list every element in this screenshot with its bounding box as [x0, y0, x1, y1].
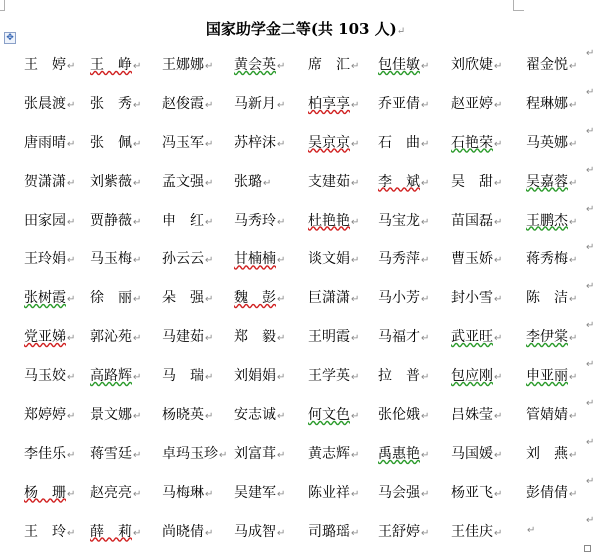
name-text: 王娜娜 — [162, 57, 204, 73]
name-cell[interactable]: 王玲娟↵ — [24, 248, 75, 268]
name-text: 谈文娟 — [308, 251, 350, 267]
name-cell[interactable]: 王明霞↵ — [308, 326, 359, 346]
cell-end-mark-icon: ↵ — [277, 294, 285, 305]
cell-end-mark-icon: ↵ — [205, 528, 213, 539]
name-text: 马英娜 — [526, 135, 568, 151]
name-cell[interactable]: 郑婷婷↵ — [24, 404, 75, 424]
name-cell[interactable]: 马宝龙↵ — [378, 210, 429, 230]
name-text: 张 秀 — [90, 96, 132, 112]
row-end-mark-icon: ↵ — [586, 281, 594, 292]
table-row: 唐雨晴↵张 佩↵冯玉军↵苏梓沫↵吴京京↵石 曲↵石艳荣↵马英娜↵↵ — [14, 124, 584, 163]
name-cell[interactable]: 吴 甜↵ — [451, 171, 502, 191]
name-cell[interactable]: 吕姝莹↵ — [451, 404, 502, 424]
cell-end-mark-icon: ↵ — [133, 217, 141, 228]
name-cell[interactable]: 王鹏杰↵ — [526, 210, 577, 230]
cell-end-mark-icon: ↵ — [205, 217, 213, 228]
name-cell[interactable]: 郭沁苑↵ — [90, 326, 141, 346]
name-text: 李佳乐 — [24, 446, 66, 462]
cell-end-mark-icon: ↵ — [569, 178, 577, 189]
name-text: 管婧婧 — [526, 407, 568, 423]
name-cell[interactable]: 赵亚婷↵ — [451, 93, 502, 113]
name-cell[interactable]: 马建茹↵ — [162, 326, 213, 346]
paragraph-mark-icon: ↵ — [397, 26, 405, 37]
name-cell[interactable]: 党亚娣↵ — [24, 326, 75, 346]
name-text: 安志诚 — [234, 407, 276, 423]
cell-end-mark-icon: ↵ — [421, 411, 429, 422]
name-text: 吴嘉蓉 — [526, 174, 568, 190]
name-cell[interactable]: 刘紫薇↵ — [90, 171, 141, 191]
table-row: 贺潇潇↵刘紫薇↵孟文强↵张璐↵支建茹↵李 斌↵吴 甜↵吴嘉蓉↵↵ — [14, 163, 584, 202]
table-row: 王 婷↵王 峥↵王娜娜↵黄会英↵席 汇↵包佳敏↵刘欣婕↵翟金悦↵↵ — [14, 46, 584, 85]
cell-end-mark-icon: ↵ — [569, 61, 577, 72]
name-text: 申 红 — [162, 213, 204, 229]
cell-end-mark-icon: ↵ — [133, 139, 141, 150]
name-text: 张 佩 — [90, 135, 132, 151]
cell-end-mark-icon: ↵ — [205, 100, 213, 111]
cell-end-mark-icon: ↵ — [569, 294, 577, 305]
name-cell[interactable]: 赵亮亮↵ — [90, 482, 141, 502]
name-cell[interactable]: 魏 彭↵ — [234, 287, 285, 307]
cell-end-mark-icon: ↵ — [205, 255, 213, 266]
row-end-mark-icon: ↵ — [586, 359, 594, 370]
name-text: 王 婷 — [24, 57, 66, 73]
row-end-mark-icon: ↵ — [586, 87, 594, 98]
cell-end-mark-icon: ↵ — [205, 178, 213, 189]
cell-end-mark-icon: ↵ — [421, 61, 429, 72]
table-row: 马玉姣↵高路辉↵马 瑞↵刘娟娟↵王学英↵拉 普↵包应刚↵申亚丽↵↵ — [14, 357, 584, 396]
name-cell[interactable]: 李佳乐↵ — [24, 443, 75, 463]
name-cell[interactable]: 吴嘉蓉↵ — [526, 171, 577, 191]
name-cell[interactable]: 吴建军↵ — [234, 482, 285, 502]
name-cell[interactable]: 马玉梅↵ — [90, 248, 141, 268]
name-cell[interactable]: 包佳敏↵ — [378, 54, 429, 74]
name-text: 彭倩倩 — [526, 485, 568, 501]
name-text: 苏梓沫 — [234, 135, 276, 151]
name-text: 张璐 — [234, 174, 262, 190]
name-text: 司璐瑶 — [308, 524, 350, 540]
table-row: 李佳乐↵蒋雪廷↵卓玛玉珍↵刘富茸↵黄志辉↵禹惠艳↵马国媛↵刘 燕↵↵ — [14, 435, 584, 474]
cell-end-mark-icon: ↵ — [277, 372, 285, 383]
cell-end-mark-icon: ↵ — [351, 178, 359, 189]
name-cell[interactable]: 陈 洁↵ — [526, 287, 577, 307]
name-cell[interactable]: 冯玉军↵ — [162, 132, 213, 152]
name-cell[interactable]: 李伊棠↵ — [526, 326, 577, 346]
name-cell[interactable]: 张璐↵ — [234, 171, 271, 191]
name-text: 程琳娜 — [526, 96, 568, 112]
name-cell[interactable]: 卓玛玉珍↵ — [162, 443, 227, 463]
name-cell[interactable]: 马英娜↵ — [526, 132, 577, 152]
name-text: 蒋雪廷 — [90, 446, 132, 462]
name-cell[interactable]: 王佳庆↵ — [451, 521, 502, 541]
cell-end-mark-icon: ↵ — [67, 489, 75, 500]
name-cell[interactable]: 管婧婧↵ — [526, 404, 577, 424]
name-cell[interactable]: 尚晓倩↵ — [162, 521, 213, 541]
cell-end-mark-icon: ↵ — [494, 528, 502, 539]
name-cell[interactable]: 张树霞↵ — [24, 287, 75, 307]
page-corner-marker-right — [513, 0, 524, 11]
cell-end-mark-icon: ↵ — [67, 217, 75, 228]
cell-end-mark-icon: ↵ — [421, 294, 429, 305]
cell-end-mark-icon: ↵ — [351, 61, 359, 72]
name-cell[interactable]: 席 汇↵ — [308, 54, 359, 74]
name-cell[interactable]: 拉 普↵ — [378, 365, 429, 385]
cell-end-mark-icon: ↵ — [133, 100, 141, 111]
name-cell[interactable]: 马成智↵ — [234, 521, 285, 541]
name-cell[interactable]: 马 瑞↵ — [162, 365, 213, 385]
name-text: 刘富茸 — [234, 446, 276, 462]
name-text: 吴建军 — [234, 485, 276, 501]
name-text: 卓玛玉珍 — [162, 446, 218, 462]
name-cell[interactable]: 蒋秀梅↵ — [526, 248, 577, 268]
cell-end-mark-icon: ↵ — [421, 450, 429, 461]
name-text: 尚晓倩 — [162, 524, 204, 540]
name-cell[interactable]: 马会强↵ — [378, 482, 429, 502]
names-table: 王 婷↵王 峥↵王娜娜↵黄会英↵席 汇↵包佳敏↵刘欣婕↵翟金悦↵↵张晨渡↵张 秀… — [14, 46, 584, 552]
name-cell[interactable]: 安志诚↵ — [234, 404, 285, 424]
name-text: 马小芳 — [378, 290, 420, 306]
cell-end-mark-icon: ↵ — [219, 450, 227, 461]
name-text: 刘紫薇 — [90, 174, 132, 190]
name-cell[interactable]: 赵俊霞↵ — [162, 93, 213, 113]
name-cell[interactable]: 王舒婷↵ — [378, 521, 429, 541]
name-text: 王 峥 — [90, 57, 132, 73]
cell-end-mark-icon: ↵ — [133, 450, 141, 461]
name-cell[interactable]: 景文娜↵ — [90, 404, 141, 424]
cell-end-mark-icon: ↵ — [133, 528, 141, 539]
name-cell[interactable]: 曹玉娇↵ — [451, 248, 502, 268]
name-text: 贺潇潇 — [24, 174, 66, 190]
cell-end-mark-icon: ↵ — [421, 217, 429, 228]
name-text: 刘娟娟 — [234, 368, 276, 384]
row-end-mark-icon: ↵ — [586, 476, 594, 487]
cell-end-mark-icon: ↵ — [67, 139, 75, 150]
cell-end-mark-icon: ↵ — [67, 411, 75, 422]
cell-end-mark-icon: ↵ — [494, 100, 502, 111]
name-cell[interactable]: 封小雪↵ — [451, 287, 502, 307]
name-cell[interactable]: 甘楠楠↵ — [234, 248, 285, 268]
name-text: 马会强 — [378, 485, 420, 501]
row-end-mark-icon: ↵ — [586, 398, 594, 409]
row-end-mark-icon: ↵ — [586, 204, 594, 215]
name-cell[interactable]: 高路辉↵ — [90, 365, 141, 385]
name-text: 黄志辉 — [308, 446, 350, 462]
name-text: 支建茹 — [308, 174, 350, 190]
name-cell[interactable]: 黄志辉↵ — [308, 443, 359, 463]
name-cell[interactable]: 申 红↵ — [162, 210, 213, 230]
name-cell[interactable]: 徐 丽↵ — [90, 287, 141, 307]
name-text: 封小雪 — [451, 290, 493, 306]
table-row: 党亚娣↵郭沁苑↵马建茹↵郑 毅↵王明霞↵马福才↵武亚旺↵李伊棠↵↵ — [14, 318, 584, 357]
title-text: 国家助学金二等(共 103 人) — [206, 20, 397, 38]
name-cell[interactable]: 马玉姣↵ — [24, 365, 75, 385]
cell-end-mark-icon: ↵ — [67, 450, 75, 461]
name-cell[interactable]: ↵ — [526, 521, 535, 537]
name-text: 贾静薇 — [90, 213, 132, 229]
name-text: 马建茹 — [162, 329, 204, 345]
name-text: 党亚娣 — [24, 329, 66, 345]
name-text: 石 曲 — [378, 135, 420, 151]
name-cell[interactable]: 巨潇潇↵ — [308, 287, 359, 307]
page-corner-marker-left — [0, 0, 5, 11]
name-text: 乔亚倩 — [378, 96, 420, 112]
cell-end-mark-icon: ↵ — [277, 411, 285, 422]
cell-end-mark-icon: ↵ — [205, 294, 213, 305]
name-cell[interactable]: 武亚旺↵ — [451, 326, 502, 346]
name-cell[interactable]: 唐雨晴↵ — [24, 132, 75, 152]
cell-end-mark-icon: ↵ — [351, 255, 359, 266]
cell-end-mark-icon: ↵ — [494, 61, 502, 72]
name-cell[interactable]: 苏梓沫↵ — [234, 132, 285, 152]
cell-end-mark-icon: ↵ — [67, 178, 75, 189]
name-cell[interactable]: 谈文娟↵ — [308, 248, 359, 268]
cell-end-mark-icon: ↵ — [494, 178, 502, 189]
name-cell[interactable]: 石艳荣↵ — [451, 132, 502, 152]
cell-end-mark-icon: ↵ — [277, 450, 285, 461]
name-cell[interactable]: 柏享享↵ — [308, 93, 359, 113]
name-text: 郑 毅 — [234, 329, 276, 345]
name-text: 吴京京 — [308, 135, 350, 151]
name-cell[interactable]: 苗国磊↵ — [451, 210, 502, 230]
cell-end-mark-icon: ↵ — [421, 489, 429, 500]
table-row: 张晨渡↵张 秀↵赵俊霞↵马新月↵柏享享↵乔亚倩↵赵亚婷↵程琳娜↵↵ — [14, 85, 584, 124]
name-cell[interactable]: 王 婷↵ — [24, 54, 75, 74]
name-text: 赵俊霞 — [162, 96, 204, 112]
name-text: 马国媛 — [451, 446, 493, 462]
cell-end-mark-icon: ↵ — [133, 489, 141, 500]
table-row: 张树霞↵徐 丽↵朵 强↵魏 彭↵巨潇潇↵马小芳↵封小雪↵陈 洁↵↵ — [14, 279, 584, 318]
name-text: 蒋秀梅 — [526, 251, 568, 267]
name-text: 王玲娟 — [24, 251, 66, 267]
name-cell[interactable]: 马国媛↵ — [451, 443, 502, 463]
table-resize-handle[interactable] — [584, 545, 591, 552]
name-cell[interactable]: 李 斌↵ — [378, 171, 429, 191]
cell-end-mark-icon: ↵ — [205, 333, 213, 344]
name-cell[interactable]: 杨晓英↵ — [162, 404, 213, 424]
table-row: 王 玲↵薛 莉↵尚晓倩↵马成智↵司璐瑶↵王舒婷↵王佳庆↵↵↵ — [14, 513, 584, 552]
name-text: 马宝龙 — [378, 213, 420, 229]
name-text: 甘楠楠 — [234, 251, 276, 267]
cell-end-mark-icon: ↵ — [494, 411, 502, 422]
name-text: 申亚丽 — [526, 368, 568, 384]
name-text: 郭沁苑 — [90, 329, 132, 345]
name-cell[interactable]: 贺潇潇↵ — [24, 171, 75, 191]
name-cell[interactable]: 孟文强↵ — [162, 171, 213, 191]
cell-end-mark-icon: ↵ — [351, 489, 359, 500]
name-cell[interactable]: 陈业祥↵ — [308, 482, 359, 502]
name-text: 马梅琳 — [162, 485, 204, 501]
row-end-mark-icon: ↵ — [586, 320, 594, 331]
name-cell[interactable]: 刘娟娟↵ — [234, 365, 285, 385]
name-cell[interactable]: 何文色↵ — [308, 404, 359, 424]
cell-end-mark-icon: ↵ — [263, 178, 271, 189]
name-cell[interactable]: 贾静薇↵ — [90, 210, 141, 230]
name-cell[interactable]: 薛 莉↵ — [90, 521, 141, 541]
name-text: 李 斌 — [378, 174, 420, 190]
cell-end-mark-icon: ↵ — [569, 255, 577, 266]
cell-end-mark-icon: ↵ — [569, 489, 577, 500]
name-cell[interactable]: 马新月↵ — [234, 93, 285, 113]
name-text: 包佳敏 — [378, 57, 420, 73]
name-cell[interactable]: 包应刚↵ — [451, 365, 502, 385]
name-text: 马成智 — [234, 524, 276, 540]
cell-end-mark-icon: ↵ — [351, 100, 359, 111]
row-end-mark-icon: ↵ — [586, 126, 594, 137]
name-cell[interactable]: 黄会英↵ — [234, 54, 285, 74]
name-text: 王 玲 — [24, 524, 66, 540]
name-text: 禹惠艳 — [378, 446, 420, 462]
name-text: 翟金悦 — [526, 57, 568, 73]
name-text: 杜艳艳 — [308, 213, 350, 229]
cell-end-mark-icon: ↵ — [277, 528, 285, 539]
table-move-handle-icon[interactable]: ✥ — [4, 32, 16, 44]
cell-end-mark-icon: ↵ — [569, 450, 577, 461]
name-text: 巨潇潇 — [308, 290, 350, 306]
name-cell[interactable]: 乔亚倩↵ — [378, 93, 429, 113]
cell-end-mark-icon: ↵ — [569, 411, 577, 422]
name-cell[interactable]: 王 玲↵ — [24, 521, 75, 541]
cell-end-mark-icon: ↵ — [133, 255, 141, 266]
cell-end-mark-icon: ↵ — [494, 255, 502, 266]
table-row: 杨 珊↵赵亮亮↵马梅琳↵吴建军↵陈业祥↵马会强↵杨亚飞↵彭倩倩↵↵ — [14, 474, 584, 513]
name-text: 拉 普 — [378, 368, 420, 384]
name-text: 陈业祥 — [308, 485, 350, 501]
cell-end-mark-icon: ↵ — [569, 217, 577, 228]
name-cell[interactable]: 支建茹↵ — [308, 171, 359, 191]
name-cell[interactable]: 刘欣婕↵ — [451, 54, 502, 74]
table-row: 王玲娟↵马玉梅↵孙云云↵甘楠楠↵谈文娟↵马秀萍↵曹玉娇↵蒋秀梅↵↵ — [14, 240, 584, 279]
name-text: 张树霞 — [24, 290, 66, 306]
name-text: 苗国磊 — [451, 213, 493, 229]
document-title: 国家助学金二等(共 103 人)↵ — [0, 18, 611, 39]
name-text: 曹玉娇 — [451, 251, 493, 267]
name-cell[interactable]: 王 峥↵ — [90, 54, 141, 74]
name-text: 马玉姣 — [24, 368, 66, 384]
name-cell[interactable]: 马秀萍↵ — [378, 248, 429, 268]
name-cell[interactable]: 蒋雪廷↵ — [90, 443, 141, 463]
name-cell[interactable]: 张 佩↵ — [90, 132, 141, 152]
name-cell[interactable]: 石 曲↵ — [378, 132, 429, 152]
name-text: 黄会英 — [234, 57, 276, 73]
name-cell[interactable]: 郑 毅↵ — [234, 326, 285, 346]
name-text: 吴 甜 — [451, 174, 493, 190]
cell-end-mark-icon: ↵ — [277, 139, 285, 150]
cell-end-mark-icon: ↵ — [277, 217, 285, 228]
name-text: 王学英 — [308, 368, 350, 384]
cell-end-mark-icon: ↵ — [421, 372, 429, 383]
cell-end-mark-icon: ↵ — [494, 489, 502, 500]
table-row: 田家园↵贾静薇↵申 红↵马秀玲↵杜艳艳↵马宝龙↵苗国磊↵王鹏杰↵↵ — [14, 202, 584, 241]
table-row: 郑婷婷↵景文娜↵杨晓英↵安志诚↵何文色↵张伦娥↵吕姝莹↵管婧婧↵↵ — [14, 396, 584, 435]
name-cell[interactable]: 刘 燕↵ — [526, 443, 577, 463]
name-text: 孙云云 — [162, 251, 204, 267]
name-cell[interactable]: 杜艳艳↵ — [308, 210, 359, 230]
name-text: 石艳荣 — [451, 135, 493, 151]
name-cell[interactable]: 张 秀↵ — [90, 93, 141, 113]
name-text: 唐雨晴 — [24, 135, 66, 151]
cell-end-mark-icon: ↵ — [569, 333, 577, 344]
name-cell[interactable]: 朵 强↵ — [162, 287, 213, 307]
cell-end-mark-icon: ↵ — [67, 372, 75, 383]
name-cell[interactable]: 王娜娜↵ — [162, 54, 213, 74]
name-text: 郑婷婷 — [24, 407, 66, 423]
cell-end-mark-icon: ↵ — [494, 372, 502, 383]
cell-end-mark-icon: ↵ — [277, 61, 285, 72]
name-cell[interactable]: 程琳娜↵ — [526, 93, 577, 113]
cell-end-mark-icon: ↵ — [494, 139, 502, 150]
name-text: 包应刚 — [451, 368, 493, 384]
name-cell[interactable]: 禹惠艳↵ — [378, 443, 429, 463]
name-cell[interactable]: 马梅琳↵ — [162, 482, 213, 502]
cell-end-mark-icon: ↵ — [494, 217, 502, 228]
name-text: 徐 丽 — [90, 290, 132, 306]
name-text: 杨晓英 — [162, 407, 204, 423]
name-cell[interactable]: 田家园↵ — [24, 210, 75, 230]
name-text: 王鹏杰 — [526, 213, 568, 229]
cell-end-mark-icon: ↵ — [133, 372, 141, 383]
cell-end-mark-icon: ↵ — [569, 372, 577, 383]
name-text: 刘 燕 — [526, 446, 568, 462]
name-text: 王明霞 — [308, 329, 350, 345]
name-cell[interactable]: 张晨渡↵ — [24, 93, 75, 113]
name-text: 杨亚飞 — [451, 485, 493, 501]
cell-end-mark-icon: ↵ — [351, 139, 359, 150]
name-text: 席 汇 — [308, 57, 350, 73]
name-cell[interactable]: 马福才↵ — [378, 326, 429, 346]
name-cell[interactable]: 孙云云↵ — [162, 248, 213, 268]
name-text: 马 瑞 — [162, 368, 204, 384]
name-text: 高路辉 — [90, 368, 132, 384]
cell-end-mark-icon: ↵ — [569, 139, 577, 150]
row-end-mark-icon: ↵ — [586, 515, 594, 526]
row-end-mark-icon: ↵ — [586, 242, 594, 253]
cell-end-mark-icon: ↵ — [351, 528, 359, 539]
name-text: 景文娜 — [90, 407, 132, 423]
name-cell[interactable]: 吴京京↵ — [308, 132, 359, 152]
cell-end-mark-icon: ↵ — [494, 333, 502, 344]
cell-end-mark-icon: ↵ — [421, 100, 429, 111]
cell-end-mark-icon: ↵ — [351, 333, 359, 344]
name-cell[interactable]: 王学英↵ — [308, 365, 359, 385]
cell-end-mark-icon: ↵ — [133, 411, 141, 422]
name-cell[interactable]: 张伦娥↵ — [378, 404, 429, 424]
name-cell[interactable]: 彭倩倩↵ — [526, 482, 577, 502]
name-cell[interactable]: 翟金悦↵ — [526, 54, 577, 74]
name-text: 李伊棠 — [526, 329, 568, 345]
cell-end-mark-icon: ↵ — [205, 139, 213, 150]
name-cell[interactable]: 杨 珊↵ — [24, 482, 75, 502]
name-text: 孟文强 — [162, 174, 204, 190]
cell-end-mark-icon: ↵ — [67, 333, 75, 344]
cell-end-mark-icon: ↵ — [351, 411, 359, 422]
name-cell[interactable]: 申亚丽↵ — [526, 365, 577, 385]
name-text: 薛 莉 — [90, 524, 132, 540]
name-text: 刘欣婕 — [451, 57, 493, 73]
cell-end-mark-icon: ↵ — [351, 294, 359, 305]
cell-end-mark-icon: ↵ — [277, 100, 285, 111]
name-cell[interactable]: 杨亚飞↵ — [451, 482, 502, 502]
cell-end-mark-icon: ↵ — [569, 100, 577, 111]
name-text: 赵亚婷 — [451, 96, 493, 112]
name-cell[interactable]: 马小芳↵ — [378, 287, 429, 307]
name-text: 柏享享 — [308, 96, 350, 112]
name-cell[interactable]: 马秀玲↵ — [234, 210, 285, 230]
name-text: 陈 洁 — [526, 290, 568, 306]
cell-end-mark-icon: ↵ — [133, 333, 141, 344]
name-text: 王佳庆 — [451, 524, 493, 540]
name-cell[interactable]: 司璐瑶↵ — [308, 521, 359, 541]
name-cell[interactable]: 刘富茸↵ — [234, 443, 285, 463]
cell-end-mark-icon: ↵ — [67, 528, 75, 539]
